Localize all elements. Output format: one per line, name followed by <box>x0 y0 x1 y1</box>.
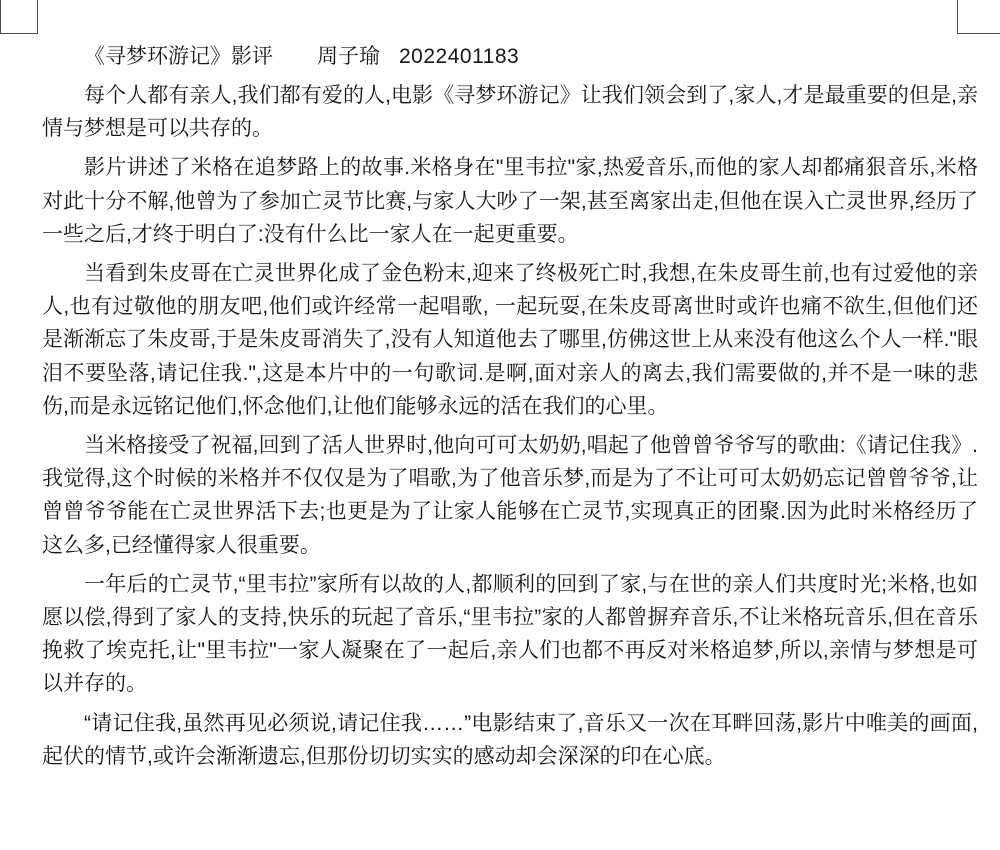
page-corner-mark-top-right-icon <box>957 0 1000 34</box>
review-content: 《寻梦环游记》影评周子瑜2022401183 每个人都有亲人,我们都有爱的人,电… <box>42 40 978 779</box>
document-page: 《寻梦环游记》影评周子瑜2022401183 每个人都有亲人,我们都有爱的人,电… <box>0 0 1000 850</box>
film-review-title: 《寻梦环游记》影评 <box>84 45 273 68</box>
review-paragraph-4: 当米格接受了祝福,回到了活人世界时,他向可可太奶奶,唱起了他曾曾爷爷写的歌曲:《… <box>42 429 978 562</box>
student-id: 2022401183 <box>399 45 519 68</box>
review-paragraph-1: 每个人都有亲人,我们都有爱的人,电影《寻梦环游记》让我们领会到了,家人,才是最重… <box>42 79 978 145</box>
author-name: 周子瑜 <box>317 45 380 68</box>
review-paragraph-3: 当看到朱皮哥在亡灵世界化成了金色粉末,迎来了终极死亡时,我想,在朱皮哥生前,也有… <box>42 257 978 423</box>
review-paragraph-2: 影片讲述了米格在追梦路上的故事.米格身在"里韦拉"家,热爱音乐,而他的家人却都痛… <box>42 151 978 251</box>
document-title-line: 《寻梦环游记》影评周子瑜2022401183 <box>42 40 978 73</box>
review-paragraph-6: “请记住我,虽然再见必须说,请记住我……”电影结束了,音乐又一次在耳畔回荡,影片… <box>42 707 978 773</box>
review-paragraph-5: 一年后的亡灵节,“里韦拉”家所有以故的人,都顺利的回到了家,与在世的亲人们共度时… <box>42 568 978 701</box>
page-corner-mark-top-left-icon <box>0 0 38 34</box>
